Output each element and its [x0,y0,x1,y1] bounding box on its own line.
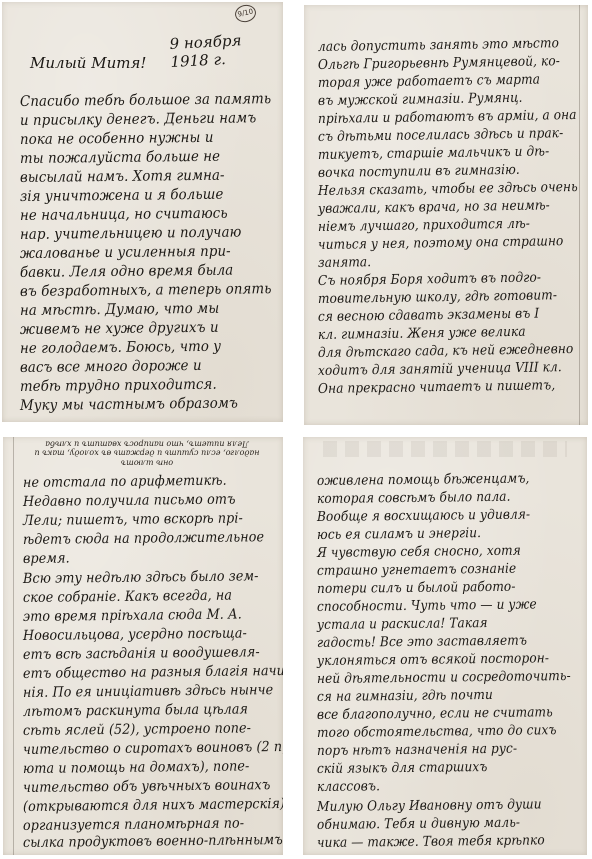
text-line: живемъ не хуже другихъ и [20,320,219,338]
text-line: чительство объ увѣчныхъ воинахъ [23,777,271,796]
postscript-line: Леля пишетъ, что папиросъ хватитъ и хлѣб… [23,439,271,449]
text-line: ты пожалуйста больше не [20,149,220,167]
text-line: товительную школу, гдѣ готовит- [318,287,557,307]
text-line: (открываются для нихъ мастерскія) [23,796,283,815]
text-line: Нельзя сказать, чтобы ее здѣсь очень [318,179,578,199]
text-line: тикуетъ, старшіе мальчикъ и дѣ- [318,143,549,163]
text-line: ся на гимназіи, гдѣ почти [317,687,493,705]
text-line: ней дѣятельности и сосредоточить- [317,668,571,687]
text-line: чика — также. Твоя тебя крѣпко [317,832,545,851]
text-line: етъ общество на разныя благія начина- [23,663,283,682]
text-line: читься у нея, поэтому она страшно [318,233,564,253]
text-line: ходитъ для занятій ученица VIII кл. [318,359,562,379]
letter-page-2: лась допустить занять это мѣсто Ольгѣ Гр… [304,5,588,425]
text-line: на мѣстѣ. Думаю, что мы [20,301,219,319]
text-line: это время пріѣхала сюда М. А. [23,606,242,625]
text-line: сылка продуктовъ военно-плѣннымъ, [23,832,283,851]
text-line: Я чувствую себя сносно, хотя [317,543,521,561]
text-line: кл. гимназіи. Женя уже велика [318,324,526,343]
archive-stamp: 9/10 [233,3,257,24]
text-line: вочка поступили въ гимназію. [318,162,520,181]
text-line: не голодаемъ. Боюсь, что у [20,339,221,357]
text-line: Вообще я восхищаюсь и удивля- [317,507,530,525]
bleed-through-text [323,441,567,457]
text-line: Новосильцова, усердно посѣща- [23,625,247,644]
text-line: время. [23,550,70,567]
postscript-line: надолго, если сушить и держать въ холоду… [23,449,271,459]
text-line: Съ ноября Боря ходитъ въ подго- [318,270,541,289]
text-line: способности. Чуть что — и уже [317,596,537,615]
text-line: торая уже работаетъ съ марта [318,72,540,91]
text-line: жалованье и усиленныя при- [20,244,231,262]
text-line: Ольгѣ Григорьевнѣ Румянцевой, ко- [318,53,560,73]
text-line: пріѣхали и работаютъ въ армiи, а она [318,107,577,127]
text-line: лась допустить занять это мѣсто [318,35,559,55]
postscript-line: онѣ шлютъ [23,458,271,468]
letter-page-4: оживлена помощь бѣженцамъ, которая совсѣ… [303,437,587,855]
page-edge-fold [579,5,588,425]
text-line: уважали, какъ врача, но за неимѣ- [318,197,550,217]
text-line: которая совсѣмъ было пала. [317,489,511,507]
text-line: тебѣ трудно приходится. [20,377,217,395]
text-line: высылай намъ. Хотя гимна- [20,168,225,186]
text-line: въ мужской гимназіи. Румянц. [318,90,523,109]
text-line: ское собраніе. Какъ всегда, на [23,588,232,606]
text-line: того обстоятельства, что до сихъ [317,722,557,741]
text-line: бавки. Леля одно время была [20,263,233,281]
text-line: и присылку денегъ. Деньги намъ [20,110,256,129]
text-line: Всю эту недѣлю здѣсь было зем- [23,568,259,587]
text-line: оживлена помощь бѣженцамъ, [317,471,530,489]
letter-greeting: Милый Митя! [30,54,146,72]
text-line: юсь ея силамъ и энергіи. [317,525,481,543]
text-line: Милую Ольгу Ивановну отъ души [317,796,542,815]
text-line: въ безработныхъ, а теперь опять [20,281,272,300]
text-line: Муку мы частнымъ образомъ [20,396,238,414]
text-line: страшно угнетаетъ сознаніе [317,561,516,579]
letter-page-1: 9/10 9 ноября 1918 г. Милый Митя! Спасиб… [2,2,283,422]
text-line: ѣдетъ сюда на продолжительное [23,529,264,548]
text-line: Она прекрасно читаетъ и пишетъ, [318,377,555,397]
text-line: юта и помощь на домахъ), попе- [23,758,250,777]
text-line: Спасибо тебѣ большое за память [20,91,271,110]
text-line: нія. По ея иниціативѣ здѣсь нынче [23,682,273,701]
text-line: чительство о сиротахъ воиновъ (2 прі- [23,739,283,758]
text-line: етъ всѣ засѣданія и воодушевля- [23,644,260,663]
text-line: Лели; пишетъ, что вскорѣ прі- [23,510,243,529]
text-line: потери силъ и былой работо- [317,579,516,597]
text-line: классовъ. [317,778,380,795]
text-line: Недавно получила письмо отъ [23,492,236,510]
text-line: съ дѣтьми поселилась здѣсь и прак- [318,125,564,145]
letter-date: 9 ноября 1918 г. [169,29,283,71]
text-line: гадость! Все это заставляетъ [317,633,527,651]
text-line: обнимаю. Тебя и дивную маль- [317,815,520,833]
text-line: уклоняться отъ всякой посторон- [317,650,549,669]
text-line: занята. [318,254,371,271]
text-line: поръ нѣтъ назначенія на рус- [317,741,517,759]
text-line: нар. учительницею и получаю [20,224,242,243]
text-line: не отстала по арифметикѣ. [23,473,227,491]
text-line: сѣть яслей (52), устроено попе- [23,720,251,739]
text-line: для дѣтскаго сада, къ ней ежедневно [318,341,574,361]
text-line: ніемъ лучшаго, приходится лѣ- [318,216,530,235]
left-margin-rule [13,437,14,855]
text-line: все благополучно, если не считать [317,704,553,723]
text-line: ся весною сдавать экзамены въ I [318,306,539,325]
text-line: скій языкъ для старшихъ [317,759,488,777]
text-line: лѣтомъ раскинута была цѣлая [23,701,248,720]
text-line: организуется планомѣрная по- [23,815,244,834]
text-line: не начальница, но считаюсь [20,206,228,224]
text-line: устала и раскисла! Такая [317,615,488,633]
upside-down-postscript: онѣ шлютъ надолго, если сушить и держать… [23,439,271,468]
text-line: васъ все много дороже и [20,358,202,376]
text-line: пока не особенно нужны и [20,130,214,148]
text-line: зія уничтожена и я больше [20,187,224,205]
letter-page-3: онѣ шлютъ надолго, если сушить и держать… [3,437,283,855]
